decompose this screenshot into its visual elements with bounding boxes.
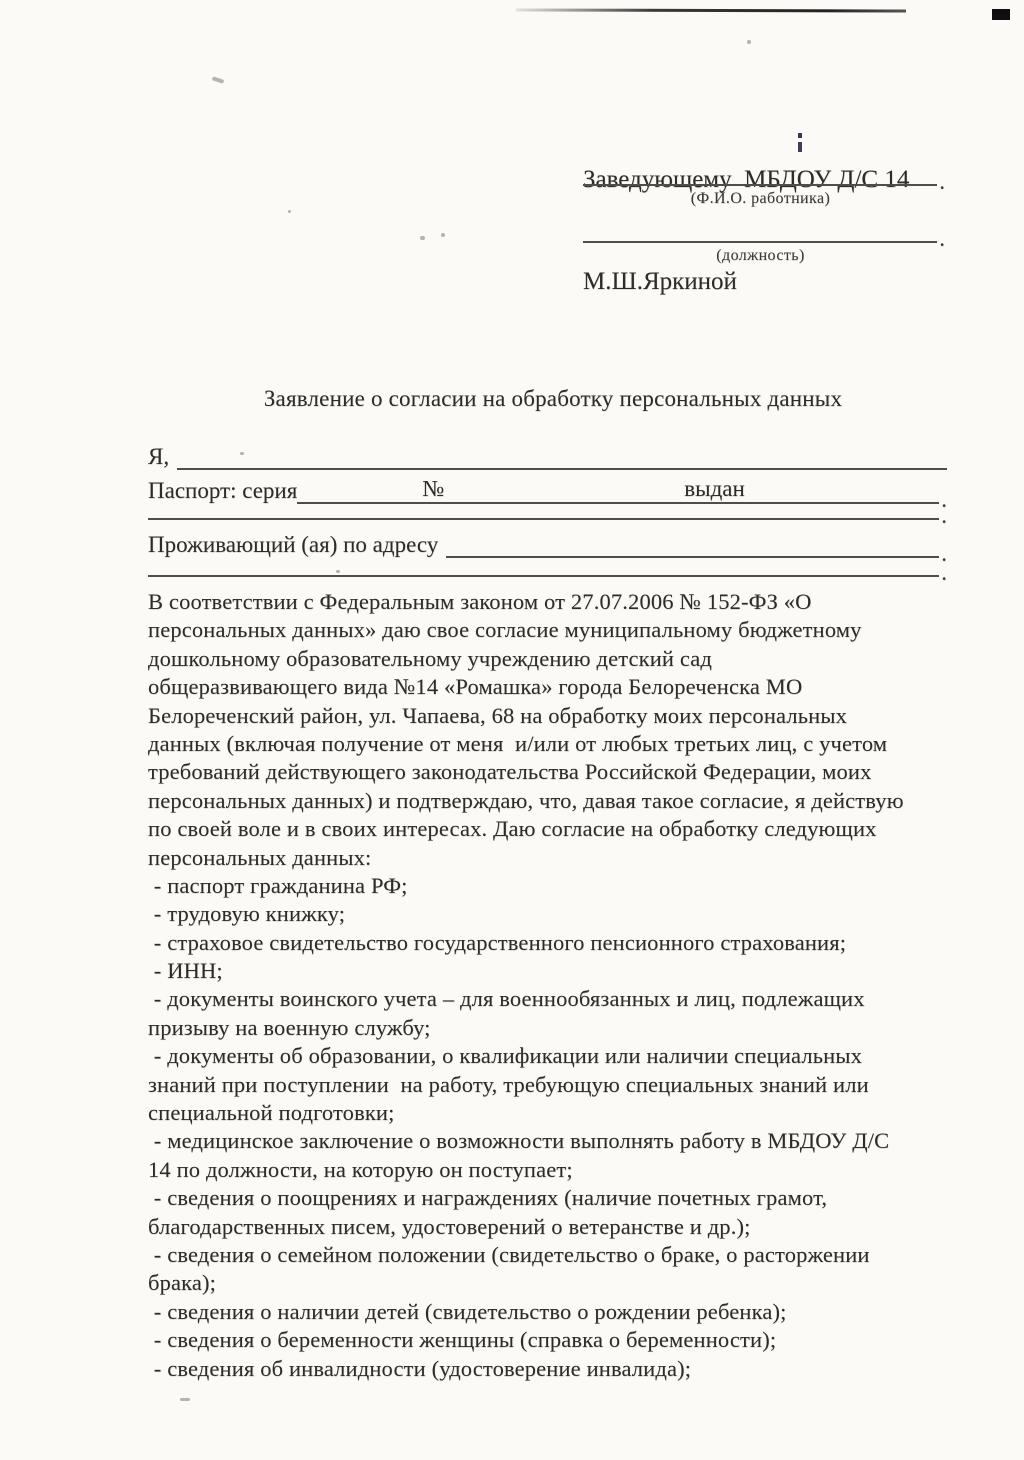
employee-name-blank-line: . — [583, 154, 945, 186]
document-text-line: персональных данных) и подтверждаю, что,… — [148, 787, 950, 815]
document-text-line: - страховое свидетельство государственно… — [148, 929, 950, 957]
document-text-line: - документы воинского учета – для военно… — [148, 985, 950, 1013]
document-text-line: дошкольному образовательному учреждению … — [148, 645, 950, 673]
document-text-line: персональных данных: — [148, 844, 950, 872]
document-text-line: Белореченский район, ул. Чапаева, 68 на … — [148, 702, 950, 730]
document-text-line: знаний при поступлении на работу, требую… — [148, 1071, 950, 1099]
scan-artifact-corner-mark — [992, 9, 1010, 20]
document-text-line: 14 по должности, на которую он поступает… — [148, 1156, 950, 1184]
scan-speck — [212, 76, 225, 84]
scan-speck — [288, 210, 291, 213]
document-text-line: - сведения о наличии детей (свидетельств… — [148, 1298, 950, 1326]
scan-speck — [240, 452, 244, 455]
scan-speck — [420, 236, 425, 240]
line-end-dot: . — [937, 234, 945, 243]
document-text-line: В соответствии с Федеральным законом от … — [148, 588, 950, 616]
document-text-line: - трудовую книжку; — [148, 900, 950, 928]
scan-speck — [747, 40, 751, 44]
document-text-line: благодарственных писем, удостоверений о … — [148, 1213, 950, 1241]
document-text-line: - документы об образовании, о квалификац… — [148, 1042, 950, 1070]
scan-speck — [336, 570, 340, 573]
position-blank-line: . — [583, 211, 945, 243]
line-end-dot: . — [939, 511, 947, 520]
document-text-line: - сведения о поощрениях и награждениях (… — [148, 1184, 950, 1212]
passport-continuation-line: . — [148, 489, 947, 520]
blank-line — [583, 241, 937, 243]
scan-artifact-mark — [798, 133, 802, 153]
document-text-line: призыву на военную службу; — [148, 1014, 950, 1042]
document-text-line: персональных данных» даю свое согласие м… — [148, 616, 950, 644]
document-text-line: - сведения об инвалидности (удостоверени… — [148, 1355, 950, 1383]
line-end-dot: . — [937, 177, 945, 186]
document-text-line: требований действующего законодательства… — [148, 758, 950, 786]
position-caption: (должность) — [583, 247, 938, 265]
document-text-line: - медицинское заключение о возможности в… — [148, 1127, 950, 1155]
name-blank-line — [177, 468, 947, 470]
blank-line — [583, 184, 937, 186]
document-text-line: - паспорт гражданина РФ; — [148, 872, 950, 900]
scan-artifact-top-line — [516, 8, 906, 12]
blank-line — [148, 575, 939, 577]
document-text-line: специальной подготовки; — [148, 1099, 950, 1127]
blank-line — [148, 518, 939, 520]
document-text-line: по своей воле и в своих интересах. Даю с… — [148, 815, 950, 843]
fio-caption: (Ф.И.О. работника) — [583, 190, 938, 208]
name-field-row: Я, — [148, 438, 947, 470]
line-end-dot: . — [939, 568, 947, 577]
document-title: Заявление о согласии на обработку персон… — [168, 386, 938, 412]
scan-speck — [180, 1398, 190, 1401]
document-text-line: общеразвивающего вида №14 «Ромашка» горо… — [148, 673, 950, 701]
name-field-label: Я, — [148, 444, 169, 470]
scan-speck — [441, 233, 445, 237]
document-text-line: брака); — [148, 1269, 950, 1297]
scanned-document-page: Заведующему МБДОУ Д/С 14 М.Ш.Яркиной . (… — [0, 0, 1024, 1460]
address-continuation-line: . — [148, 546, 947, 577]
document-text-line: - сведения о беременности женщины (справ… — [148, 1326, 950, 1354]
document-text-line: данных (включая получение от меня и/или … — [148, 730, 950, 758]
document-body: В соответствии с Федеральным законом от … — [148, 588, 950, 1383]
document-text-line: - сведения о семейном положении (свидете… — [148, 1241, 950, 1269]
addressee-line-2: М.Ш.Яркиной — [583, 265, 909, 299]
document-text-line: - ИНН; — [148, 957, 950, 985]
